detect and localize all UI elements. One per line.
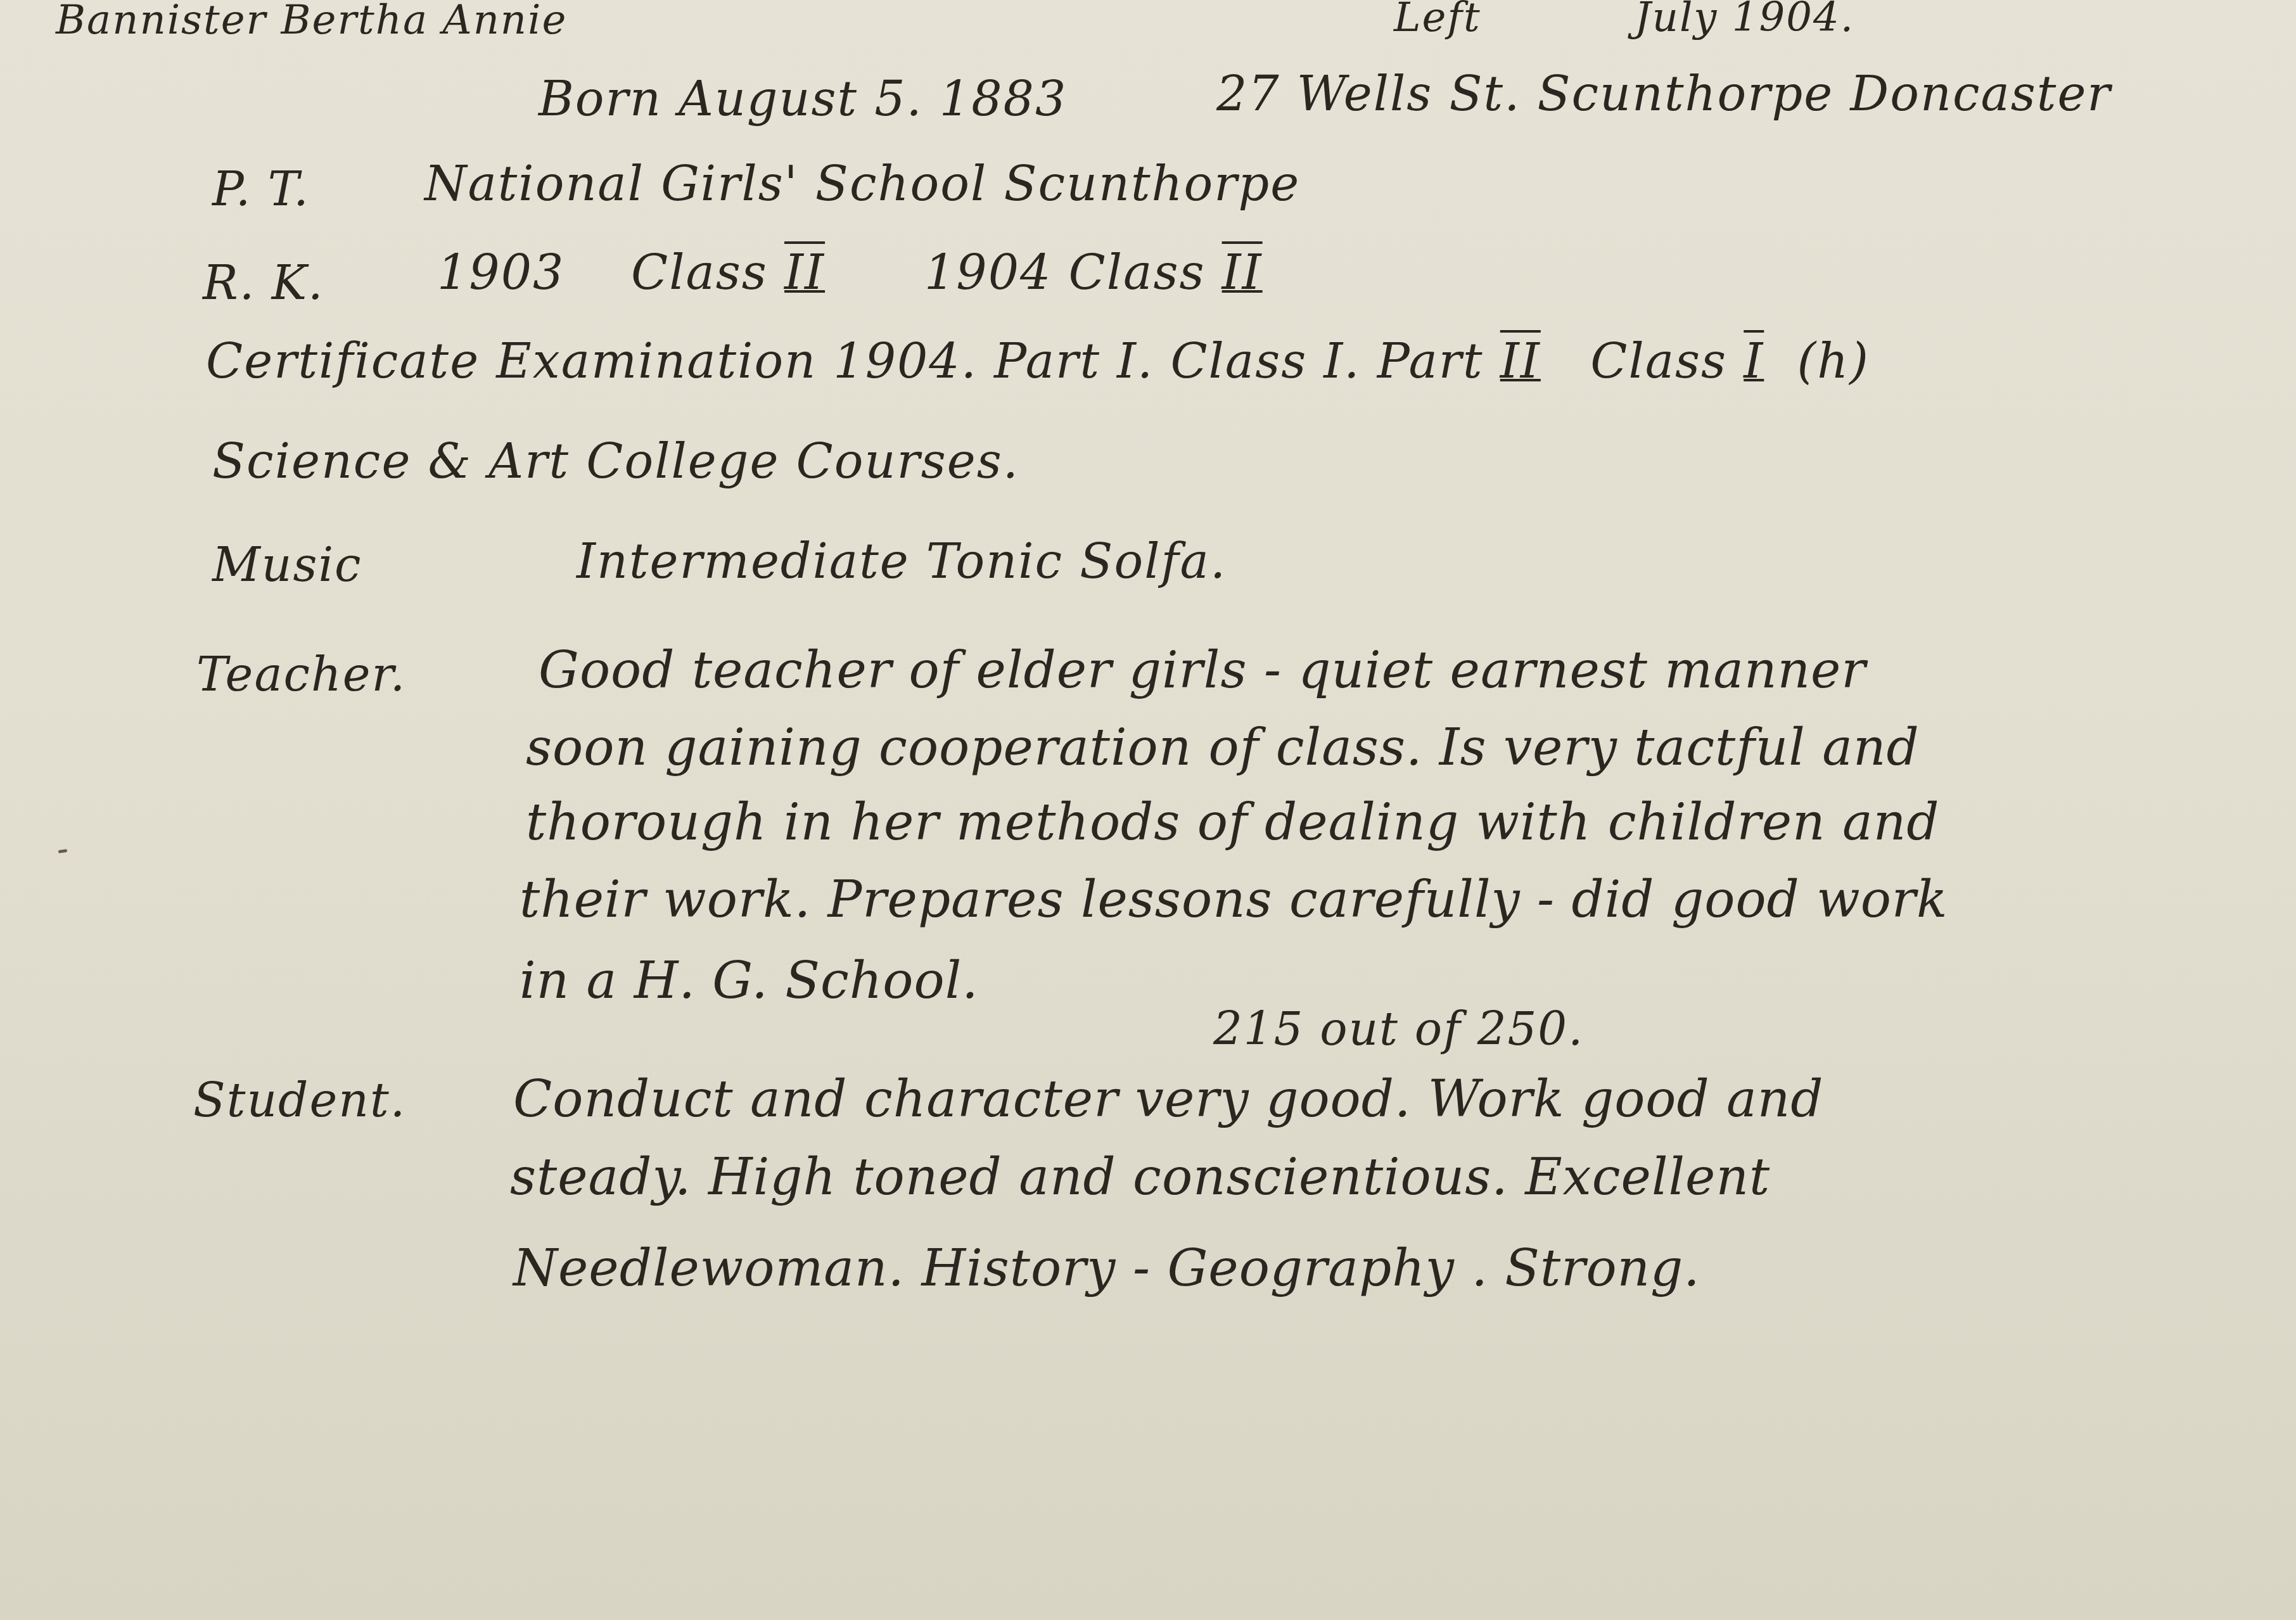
rk-class-num-2: II	[1222, 244, 1263, 300]
certificate-suffix: (h)	[1797, 333, 1870, 389]
certificate-class-word: Class	[1590, 333, 1727, 389]
pt-label: P. T.	[212, 166, 310, 213]
certificate-text: Certificate Examination 1904. Part I. Cl…	[206, 333, 1484, 389]
music-value: Intermediate Tonic Solfa.	[577, 537, 1227, 585]
teaching-score: 215 out of 250.	[1213, 1006, 1584, 1052]
rk-class-word-1: Class	[631, 244, 768, 300]
certificate-class-num: I	[1744, 333, 1764, 389]
teacher-line-4: their work. Prepares lessons carefully -…	[520, 874, 1948, 925]
teacher-line-1: Good teacher of elder girls - quiet earn…	[539, 645, 1866, 696]
teacher-label: Teacher.	[196, 651, 406, 698]
student-line-3: Needlewoman. History - Geography . Stron…	[513, 1243, 1700, 1294]
student-label: Student.	[193, 1077, 406, 1124]
rk-class-word-2: Class	[1069, 244, 1206, 300]
left-label: Left	[1394, 0, 1481, 38]
record-card: Bannister Bertha Annie Left July 1904. B…	[0, 0, 2296, 1620]
ink-speck	[58, 849, 68, 853]
teacher-line-2: soon gaining cooperation of class. Is ve…	[526, 722, 1920, 773]
rk-class-num-1: II	[784, 244, 825, 300]
birth-date: Born August 5. 1883	[539, 75, 1067, 123]
rk-label: R. K.	[203, 260, 324, 307]
student-line-1: Conduct and character very good. Work go…	[513, 1074, 1824, 1125]
home-address: 27 Wells St. Scunthorpe Doncaster	[1216, 70, 2112, 118]
certificate-part2-num: II	[1500, 333, 1541, 389]
student-name: Bannister Bertha Annie	[56, 0, 567, 41]
rk-year-1904: 1904	[924, 244, 1052, 300]
teacher-line-3: thorough in her methods of dealing with …	[526, 797, 1939, 848]
rk-row: 1903 Class II 1904 Class II	[437, 248, 1263, 297]
student-line-2: steady. High toned and conscientious. Ex…	[510, 1152, 1770, 1202]
teacher-line-5: in a H. G. School.	[520, 955, 979, 1006]
science-art-courses: Science & Art College Courses.	[212, 437, 1019, 485]
certificate-row: Certificate Examination 1904. Part I. Cl…	[206, 337, 1870, 385]
pt-school: National Girls' School Scunthorpe	[424, 160, 1300, 208]
left-date: July 1904.	[1635, 0, 1854, 38]
music-label: Music	[212, 542, 362, 589]
rk-year-1903: 1903	[437, 244, 564, 300]
